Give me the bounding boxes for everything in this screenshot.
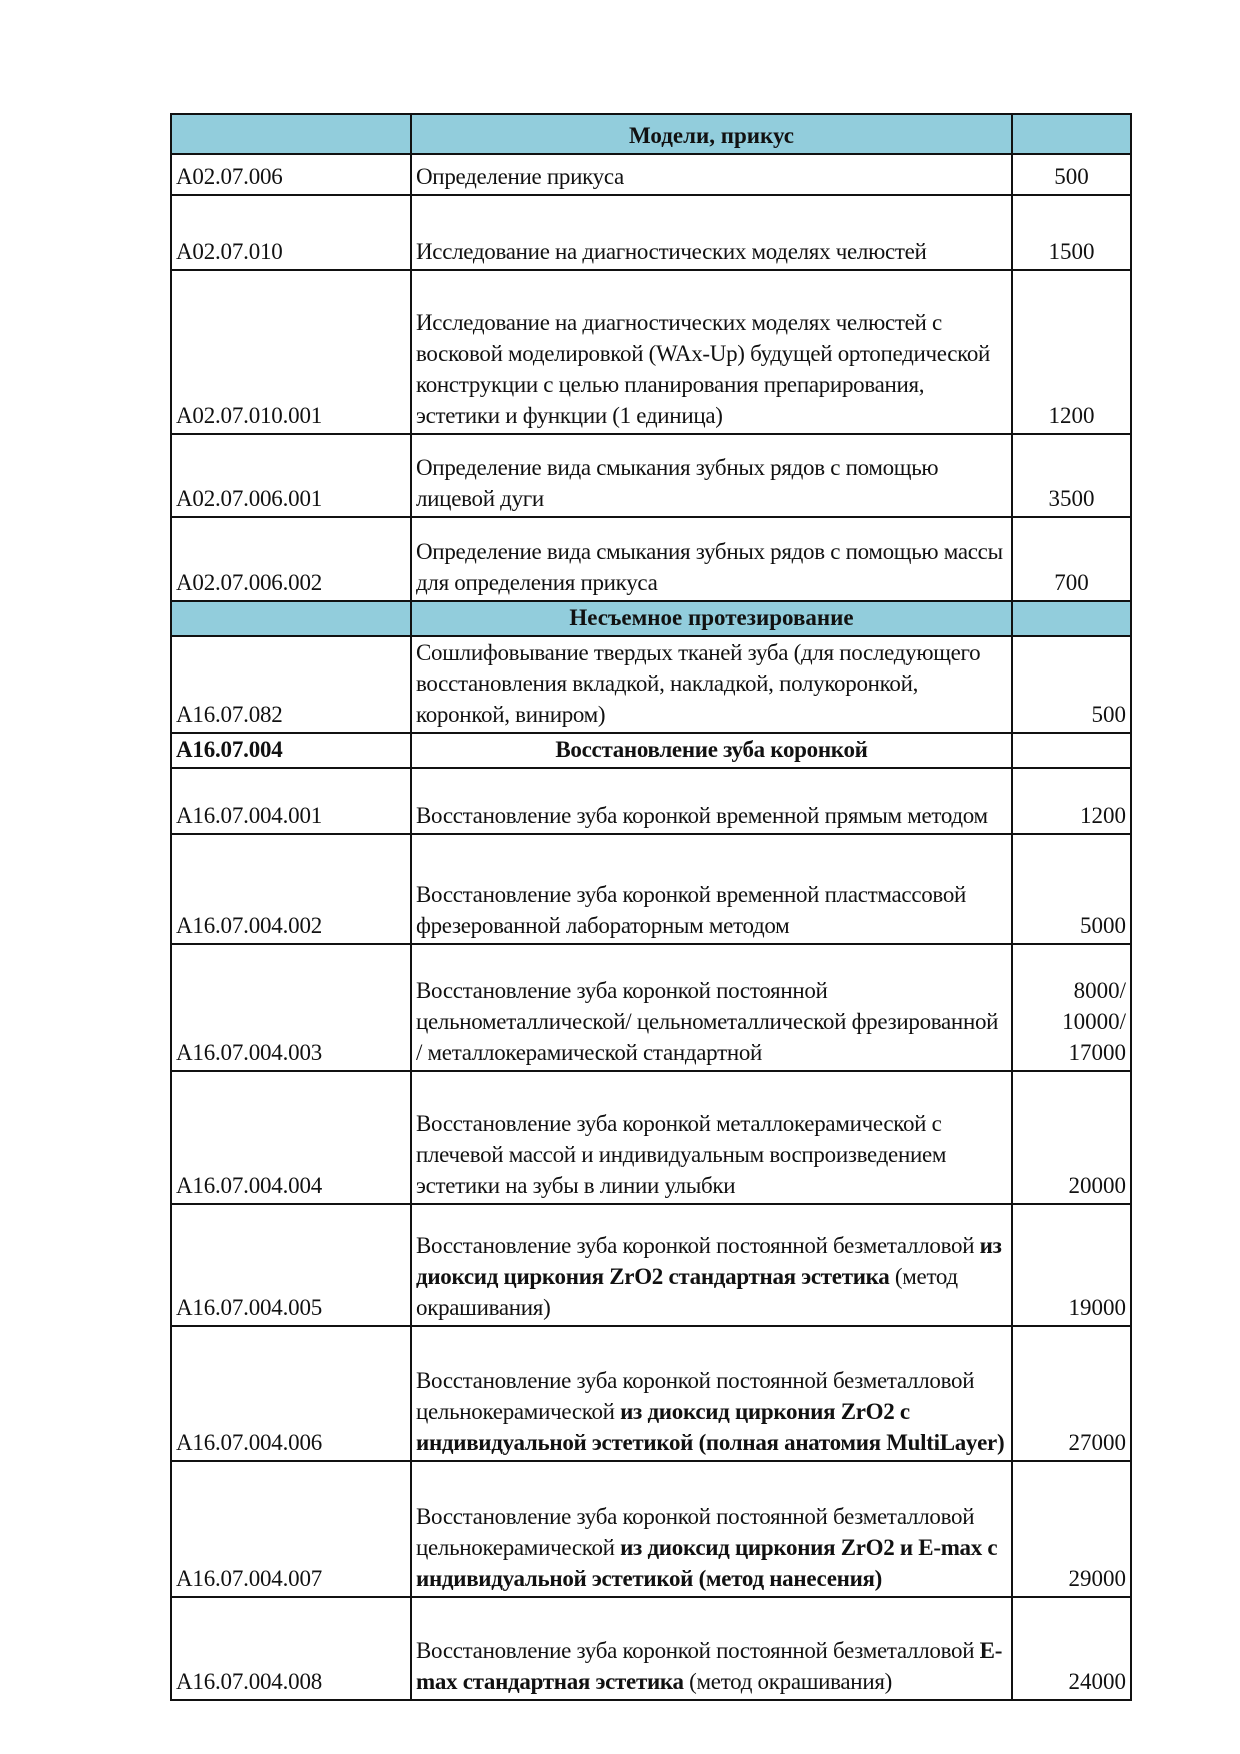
service-price: 24000 [1012,1597,1131,1700]
service-description: Сошлифовывание твердых тканей зуба (для … [411,636,1012,733]
price-value: 10000/ [1017,1006,1126,1037]
description-text: Сошлифовывание твердых тканей зуба (для … [416,640,980,727]
service-code: A16.07.004.006 [171,1326,411,1461]
price-value: 500 [1017,699,1126,730]
price-value: 5000 [1017,910,1126,941]
price-value: 8000/ [1017,975,1126,1006]
description-text: Восстановление зуба коронкой постоянной … [416,1638,980,1663]
service-price: 29000 [1012,1461,1131,1597]
group-title: Восстановление зуба коронкой [411,733,1012,768]
description-text: Восстановление зуба коронкой временной п… [416,882,966,938]
description-text: Восстановление зуба коронкой металлокера… [416,1111,946,1198]
service-price: 5000 [1012,834,1131,944]
price-value: 17000 [1017,1037,1126,1068]
service-price: 19000 [1012,1204,1131,1326]
description-text: Определение вида смыкания зубных рядов с… [416,455,938,511]
section-code-cell [171,601,411,636]
service-price: 3500 [1012,434,1131,517]
price-value: 19000 [1017,1292,1126,1323]
service-code: A02.07.010 [171,195,411,270]
price-value: 700 [1017,567,1126,598]
service-description: Определение вида смыкания зубных рядов с… [411,434,1012,517]
service-code: A02.07.006 [171,154,411,195]
service-code: A16.07.004.004 [171,1071,411,1204]
description-text: Определение вида смыкания зубных рядов с… [416,539,1003,595]
service-price: 1200 [1012,270,1131,434]
service-description: Определение вида смыкания зубных рядов с… [411,517,1012,601]
price-table: Модели, прикус A02.07.006Определение при… [170,113,1132,1701]
price-value: 500 [1017,161,1126,192]
table-row: A16.07.004.006Восстановление зуба коронк… [171,1326,1131,1461]
table-row: A02.07.010Исследование на диагностически… [171,195,1131,270]
service-code: A02.07.006.001 [171,434,411,517]
table-row: A02.07.006Определение прикуса500 [171,154,1131,195]
table-row: A16.07.004.004Восстановление зуба коронк… [171,1071,1131,1204]
description-text: Восстановление зуба коронкой постоянной … [416,1233,980,1258]
service-price: 20000 [1012,1071,1131,1204]
price-value: 1200 [1017,800,1126,831]
service-code: A16.07.004.001 [171,768,411,834]
description-text: Восстановление зуба коронкой постоянной … [416,978,998,1065]
description-text: Восстановление зуба коронкой временной п… [416,803,988,828]
service-description: Восстановление зуба коронкой постоянной … [411,944,1012,1071]
service-price: 500 [1012,636,1131,733]
price-value: 29000 [1017,1563,1126,1594]
price-value: 1200 [1017,400,1126,431]
price-value: 3500 [1017,483,1126,514]
group-price-cell [1012,733,1131,768]
service-description: Определение прикуса [411,154,1012,195]
service-description: Восстановление зуба коронкой постоянной … [411,1597,1012,1700]
group-code: A16.07.004 [171,733,411,768]
service-description: Восстановление зуба коронкой постоянной … [411,1461,1012,1597]
service-description: Восстановление зуба коронкой временной п… [411,834,1012,944]
section-title: Несъемное протезирование [411,601,1012,636]
service-code: A16.07.004.002 [171,834,411,944]
table-row: A16.07.004.003Восстановление зуба коронк… [171,944,1131,1071]
description-text: (метод окрашивания) [684,1669,892,1694]
service-code: A16.07.082 [171,636,411,733]
section-code-cell [171,114,411,154]
table-row: A16.07.082 Сошлифовывание твердых тканей… [171,636,1131,733]
service-description: Восстановление зуба коронкой постоянной … [411,1204,1012,1326]
service-description: Исследование на диагностических моделях … [411,270,1012,434]
service-price: 1200 [1012,768,1131,834]
price-value: 20000 [1017,1170,1126,1201]
table-row: A02.07.006.002Определение вида смыкания … [171,517,1131,601]
section-header-fixed-prosthetics: Несъемное протезирование [171,601,1131,636]
table-row: A02.07.010.001Исследование на диагностич… [171,270,1131,434]
section-price-cell [1012,114,1131,154]
service-price: 1500 [1012,195,1131,270]
service-price: 8000/10000/17000 [1012,944,1131,1071]
service-description: Восстановление зуба коронкой временной п… [411,768,1012,834]
table-row: A16.07.004.007Восстановление зуба коронк… [171,1461,1131,1597]
service-price: 700 [1012,517,1131,601]
section-title: Модели, прикус [411,114,1012,154]
description-text: Исследование на диагностических моделях … [416,239,927,264]
section-header-models: Модели, прикус [171,114,1131,154]
table-row: A16.07.004.002Восстановление зуба коронк… [171,834,1131,944]
table-row: A16.07.004.008Восстановление зуба коронк… [171,1597,1131,1700]
service-code: A02.07.010.001 [171,270,411,434]
service-code: A16.07.004.005 [171,1204,411,1326]
service-code: A16.07.004.008 [171,1597,411,1700]
price-value: 1500 [1017,236,1126,267]
service-code: A16.07.004.003 [171,944,411,1071]
table-row: A02.07.006.001Определение вида смыкания … [171,434,1131,517]
price-value: 27000 [1017,1427,1126,1458]
service-price: 500 [1012,154,1131,195]
service-price: 27000 [1012,1326,1131,1461]
service-code: A02.07.006.002 [171,517,411,601]
service-description: Восстановление зуба коронкой постоянной … [411,1326,1012,1461]
description-text: Определение прикуса [416,164,624,189]
price-value: 24000 [1017,1666,1126,1697]
service-description: Исследование на диагностических моделях … [411,195,1012,270]
section-price-cell [1012,601,1131,636]
service-description: Восстановление зуба коронкой металлокера… [411,1071,1012,1204]
service-code: A16.07.004.007 [171,1461,411,1597]
group-row-crown: A16.07.004 Восстановление зуба коронкой [171,733,1131,768]
table-row: A16.07.004.005Восстановление зуба коронк… [171,1204,1131,1326]
table-row: A16.07.004.001Восстановление зуба коронк… [171,768,1131,834]
description-text: Исследование на диагностических моделях … [416,310,990,428]
